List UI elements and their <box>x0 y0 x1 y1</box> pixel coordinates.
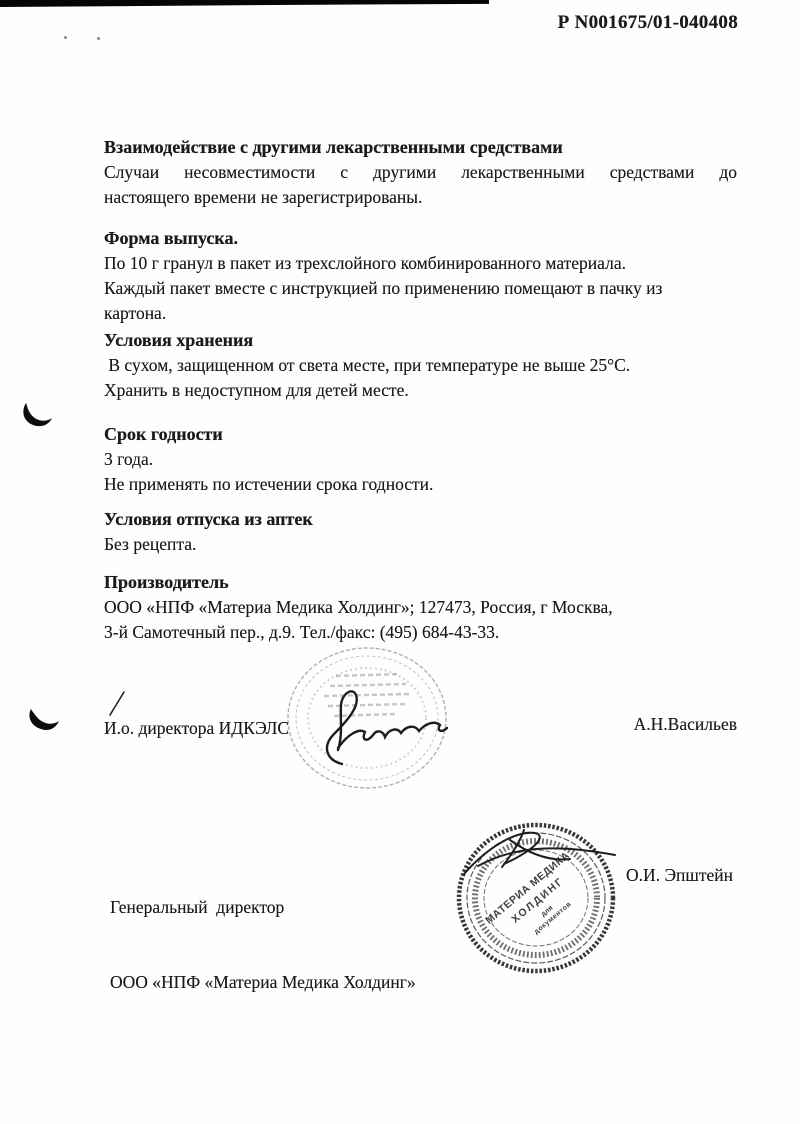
round-stamp-materia-medica: МАТЕРИА МЕДИКА ХОЛДИНГ для документов <box>452 820 620 976</box>
section-heading: Производитель <box>104 570 737 595</box>
section-release-form: Форма выпуска. По 10 г гранул в пакет из… <box>104 226 737 326</box>
scan-edge-artifact <box>0 0 489 7</box>
caption-line: Генеральный директор <box>110 895 416 920</box>
section-heading: Условия хранения <box>104 328 737 353</box>
body-line: Не применять по истечении срока годности… <box>104 472 737 497</box>
body-line: По 10 г гранул в пакет из трехслойного к… <box>104 251 737 276</box>
signature-name-epshtein: О.И. Эпштейн <box>626 863 733 888</box>
section-dispensing-conditions: Условия отпуска из аптек Без рецепта. <box>104 507 737 557</box>
body-line: Случаи несовместимости с другими лекарст… <box>104 160 737 185</box>
signature-vasilyev <box>314 684 454 772</box>
section-heading: Форма выпуска. <box>104 226 737 251</box>
scan-speck <box>97 37 100 40</box>
body-line: Каждый пакет вместе с инструкцией по при… <box>104 276 737 301</box>
section-heading: Условия отпуска из аптек <box>104 507 737 532</box>
section-drug-interactions: Взаимодействие с другими лекарственными … <box>104 135 737 210</box>
body-line: настоящего времени не зарегистрированы. <box>104 185 737 210</box>
caption-line: ООО «НПФ «Материа Медика Холдинг» <box>110 970 416 995</box>
signature-epshtein-strokes <box>464 830 615 874</box>
crescent-artifact <box>18 398 56 430</box>
section-heading: Срок годности <box>104 422 737 447</box>
section-shelf-life: Срок годности 3 года. Не применять по ис… <box>104 422 737 497</box>
registration-number: Р N001675/01-040408 <box>558 12 738 34</box>
pen-stroke-artifact <box>104 690 132 718</box>
body-line: Хранить в недоступном для детей месте. <box>104 378 737 403</box>
scan-speck <box>64 36 67 39</box>
crescent-artifact <box>24 700 62 734</box>
signature-caption-general-director: Генеральный директор ООО «НПФ «Материа М… <box>110 845 416 1045</box>
body-line: В сухом, защищенном от света месте, при … <box>104 353 737 378</box>
body-line: 3 года. <box>104 447 737 472</box>
body-line: ООО «НПФ «Материа Медика Холдинг»; 12747… <box>104 595 737 620</box>
section-manufacturer: Производитель ООО «НПФ «Материа Медика Х… <box>104 570 737 645</box>
signature-caption-acting-director: И.о. директора ИДКЭЛС <box>104 716 289 741</box>
body-line: 3-й Самотечный пер., д.9. Тел./факс: (49… <box>104 620 737 645</box>
signature-name-vasilyev: А.Н.Васильев <box>634 712 737 737</box>
document-page: Р N001675/01-040408 Взаимодействие с дру… <box>0 0 800 1124</box>
body-line: Без рецепта. <box>104 532 737 557</box>
body-line: картона. <box>104 301 737 326</box>
section-storage-conditions: Условия хранения В сухом, защищенном от … <box>104 328 737 403</box>
section-heading: Взаимодействие с другими лекарственными … <box>104 135 737 160</box>
